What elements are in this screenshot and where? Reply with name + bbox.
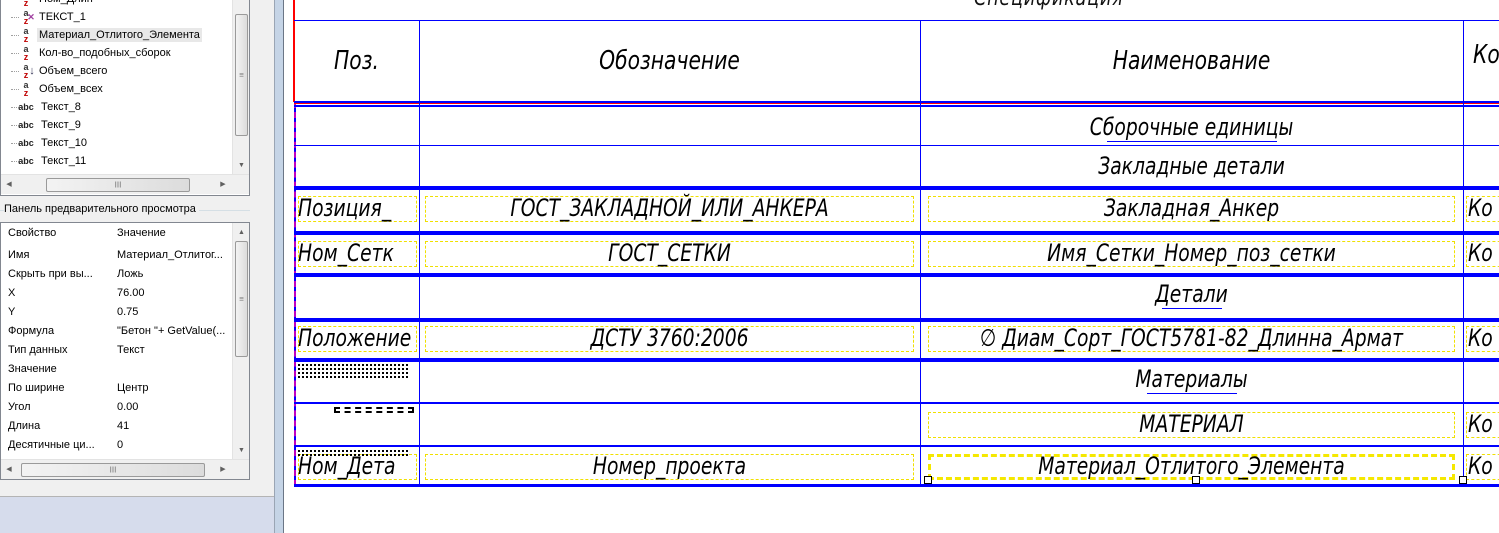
property-row[interactable]: Значение [1, 359, 233, 378]
cell-qty: Ко [1468, 324, 1493, 352]
bottom-panel-strip [0, 496, 274, 533]
tree-item-label: Ном_Длин [37, 0, 95, 6]
cell-designation: ГОСТ_ЗАКЛАДНОЙ_ИЛИ_АНКЕРА [474, 194, 865, 222]
az-cross-icon: az✕ [19, 9, 33, 25]
tree-item[interactable]: az↓Объем_всего [1, 62, 109, 80]
tree-connector [11, 71, 19, 72]
tree-connector [11, 35, 19, 36]
tree-item[interactable]: azКол-во_подобных_сборок [1, 44, 173, 62]
cell-name: Закладные детали [980, 152, 1404, 180]
scroll-right-arrow-icon[interactable]: ▶ [217, 177, 229, 191]
grid-line-vertical [1463, 20, 1464, 485]
grid-line-horizontal [294, 358, 1499, 362]
props-horizontal-scrollbar[interactable]: ◀ III ▶ [1, 459, 249, 479]
properties-header: Свойство Значение [1, 223, 233, 243]
property-name: Y [8, 306, 15, 318]
header-red-line [294, 103, 1499, 104]
property-value[interactable]: 0.00 [117, 401, 138, 413]
tree-horizontal-scrollbar[interactable]: ◀ III ▶ [1, 174, 249, 194]
cell-name: Детали [980, 280, 1404, 308]
grid-line-horizontal [294, 186, 1499, 190]
grid-line-horizontal [294, 231, 1499, 235]
cell-pos: Ном_Сетк [298, 239, 394, 267]
tree-hscroll-thumb[interactable]: III [46, 178, 190, 192]
tree-item[interactable]: azНом_Длин [1, 0, 95, 8]
column-header-pos: Поз. [308, 46, 406, 76]
property-row[interactable]: По ширинеЦентр [1, 378, 233, 397]
cell-qty: Ко [1468, 410, 1493, 438]
property-value[interactable]: Материал_Отлитог... [117, 249, 223, 261]
selection-handle[interactable] [1192, 476, 1200, 484]
property-value[interactable]: "Бетон "+ GetValue(... [117, 325, 225, 337]
property-value[interactable]: 76.00 [117, 287, 145, 299]
property-value[interactable]: Центр [117, 382, 149, 394]
grid-line-horizontal [294, 318, 1499, 322]
embedded-text-object [298, 450, 408, 456]
embedded-text-object [298, 372, 408, 378]
section-underline [1147, 393, 1237, 394]
property-value[interactable]: 41 [117, 420, 129, 432]
grid-line-horizontal [294, 445, 1499, 447]
column-header-designation: Обозначение [474, 46, 865, 76]
header-property[interactable]: Свойство [8, 227, 56, 239]
left-panel: Прямоугольник_3abcТекст_11abcТекст_10abc… [0, 0, 274, 533]
property-row[interactable]: Скрыть при вы...Ложь [1, 264, 233, 283]
az-sort-icon: az [19, 45, 33, 61]
property-name: Значение [8, 363, 57, 375]
tree-connector [11, 17, 19, 18]
cell-pos: Ном_Дета [298, 452, 396, 480]
header-value[interactable]: Значение [117, 227, 166, 239]
property-row[interactable]: Y0.75 [1, 302, 233, 321]
panel-splitter[interactable] [274, 0, 284, 533]
tree-item[interactable]: abcТекст_9 [1, 116, 83, 134]
property-name: Десятичные ци... [8, 439, 95, 451]
tree-item[interactable]: azМатериал_Отлитого_Элемента [1, 26, 202, 44]
tree-connector [11, 53, 19, 54]
preview-panel-title: Панель предварительного просмотра [4, 203, 199, 215]
property-name: Формула [8, 325, 54, 337]
abc-icon: abc [17, 153, 35, 169]
abc-icon: abc [17, 99, 35, 115]
cell-name: Сборочные единицы [980, 113, 1404, 141]
props-vscroll-thumb[interactable]: ≡ [235, 241, 248, 357]
tree-item-label: Материал_Отлитого_Элемента [37, 28, 202, 42]
property-name: X [8, 287, 15, 299]
scroll-left-arrow-icon[interactable]: ◀ [3, 462, 15, 476]
tree-connector [11, 89, 19, 90]
property-row[interactable]: Угол0.00 [1, 397, 233, 416]
tree-item[interactable]: abcТекст_8 [1, 98, 83, 116]
grid-line-horizontal [294, 20, 1499, 21]
cell-qty: Ко [1468, 194, 1493, 222]
property-row[interactable]: Формула"Бетон "+ GetValue(... [1, 321, 233, 340]
tree-item[interactable]: abcТекст_10 [1, 134, 89, 152]
property-row[interactable]: Длина41 [1, 416, 233, 435]
selection-handle[interactable] [924, 476, 932, 484]
property-name: Длина [8, 420, 40, 432]
tree-item-label: Объем_всего [37, 64, 109, 78]
property-value[interactable]: Ложь [117, 268, 143, 280]
scroll-left-arrow-icon[interactable]: ◀ [3, 177, 15, 191]
abc-icon: abc [17, 117, 35, 133]
section-underline [1162, 308, 1222, 309]
section-underline [1107, 141, 1277, 142]
grid-line-vertical [920, 20, 921, 485]
property-value[interactable]: Текст [117, 344, 145, 356]
property-name: Имя [8, 249, 29, 261]
cell-pos: Положение [298, 324, 411, 352]
az-sort-icon: az [19, 27, 33, 43]
property-name: Тип данных [8, 344, 68, 356]
selection-handle[interactable] [1459, 476, 1467, 484]
property-value[interactable]: 0.75 [117, 306, 138, 318]
scroll-down-arrow-icon[interactable]: ▼ [233, 158, 250, 172]
cell-designation: ГОСТ_СЕТКИ [474, 239, 865, 267]
grid-line-horizontal [294, 105, 1499, 107]
cell-name: Материалы [980, 365, 1404, 393]
property-row[interactable]: ИмяМатериал_Отлитог... [1, 245, 233, 264]
embedded-line-object [334, 407, 414, 413]
properties-grid: С...Н...Десятичные ци...0Длина41Угол0.00… [0, 222, 250, 480]
grid-line-vertical [419, 20, 420, 485]
property-row[interactable]: Тип данныхТекст [1, 340, 233, 359]
document-title: Спецификация [974, 0, 1124, 11]
tree-item-label: Текст_8 [39, 100, 83, 114]
tree-item[interactable]: az✕ТЕКСТ_1 [1, 8, 88, 26]
az-sort-icon: az [19, 81, 33, 97]
abc-icon: abc [17, 135, 35, 151]
cell-name: Закладная_Анкер [980, 194, 1404, 222]
cell-name: МАТЕРИАЛ [980, 410, 1404, 438]
scroll-down-arrow-icon[interactable]: ▼ [233, 443, 250, 457]
cell-pos: Позиция_ [298, 194, 391, 222]
sheet-border-left [294, 102, 296, 486]
tree-item-label: Текст_9 [39, 118, 83, 132]
property-row[interactable]: Десятичные ци...0 [1, 435, 233, 454]
grid-line-horizontal [294, 273, 1499, 277]
cell-designation: ДСТУ 3760:2006 [474, 324, 865, 352]
scroll-up-arrow-icon[interactable]: ▲ [233, 225, 250, 239]
cell-qty: Ко [1468, 239, 1493, 267]
column-header-qty: Кол. [1473, 40, 1499, 70]
grid-line-horizontal [294, 145, 1499, 146]
cell-name: ∅ Диам_Сорт_ГОСТ5781-82_Длинна_Армат [980, 324, 1404, 352]
tree-item-label: Кол-во_подобных_сборок [37, 46, 173, 60]
sheet-border-red [293, 0, 295, 102]
column-header-name: Наименование [980, 46, 1404, 76]
scroll-right-arrow-icon[interactable]: ▶ [217, 462, 229, 476]
tree-item-label: Текст_10 [39, 136, 89, 150]
grid-line-horizontal [294, 402, 1499, 404]
props-vertical-scrollbar[interactable]: ▲ ≡ ▼ [232, 223, 249, 459]
property-name: Угол [8, 401, 31, 413]
az-sort-icon: az [19, 0, 33, 7]
az-down-icon: az↓ [19, 63, 33, 79]
drawing-canvas[interactable]: Спецификация Поз.ОбозначениеНаименование… [284, 0, 1499, 533]
tree-item-label: Объем_всех [37, 82, 105, 96]
grid-line-horizontal [294, 484, 1499, 487]
property-row[interactable]: X76.00 [1, 283, 233, 302]
embedded-text-object [298, 364, 408, 370]
tree-vertical-scrollbar[interactable]: ≡ ▼ [232, 0, 249, 174]
tree-vscroll-thumb[interactable]: ≡ [235, 14, 248, 136]
props-hscroll-thumb[interactable]: III [21, 463, 205, 477]
tree-item[interactable]: abcТекст_11 [1, 152, 88, 170]
tree-item[interactable]: azОбъем_всех [1, 80, 105, 98]
cell-designation: Номер_проекта [474, 452, 865, 480]
tree-item-label: ТЕКСТ_1 [37, 10, 88, 24]
tree-item-label: Текст_11 [39, 154, 88, 168]
property-value[interactable]: 0 [117, 439, 123, 451]
cell-name: Имя_Сетки_Номер_поз_сетки [980, 239, 1404, 267]
variables-tree: Прямоугольник_3abcТекст_11abcТекст_10abc… [0, 0, 250, 196]
cell-qty: Ко [1468, 452, 1493, 480]
property-name: Скрыть при вы... [8, 268, 93, 280]
property-name: По ширине [8, 382, 65, 394]
